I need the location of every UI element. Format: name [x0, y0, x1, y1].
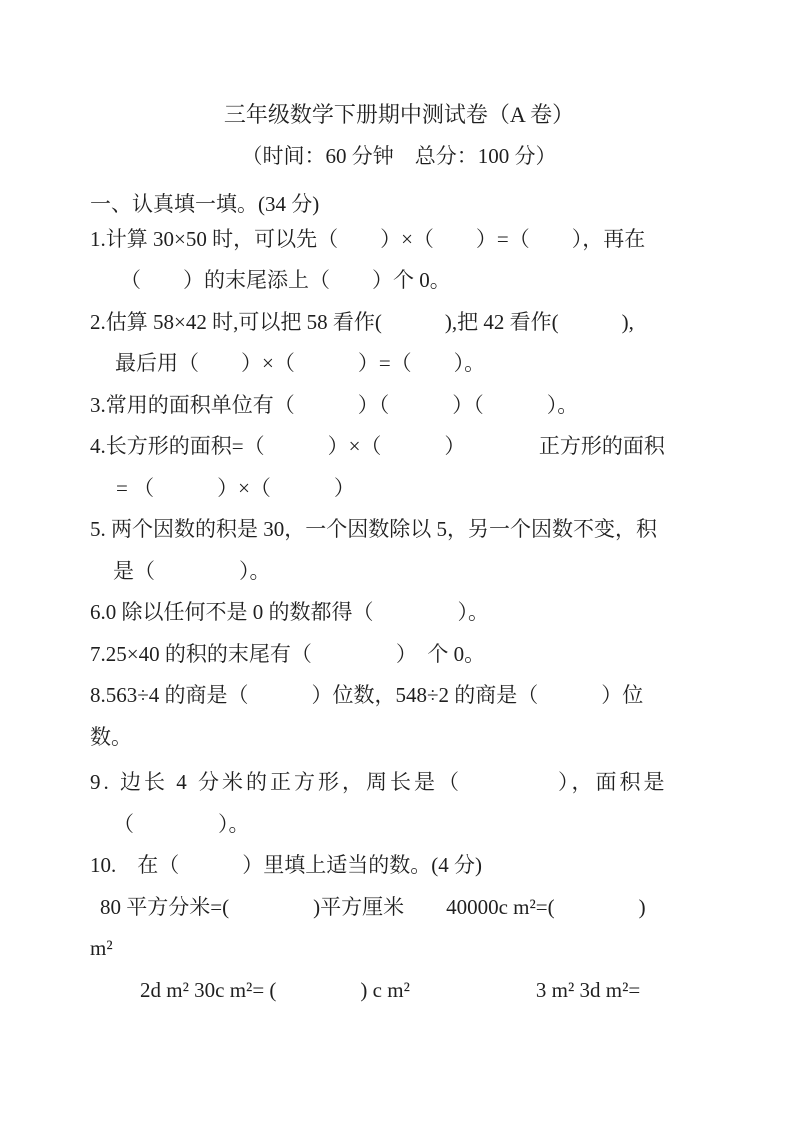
- q8-line-2: 数。: [90, 717, 708, 759]
- q10-sub-line-3: 2d m² 30c m²= ( ) c m² 3 m² 3d m²=: [90, 970, 708, 1012]
- q9-line-1: 9. 边长 4 分米的正方形，周长是（ ），面积是: [90, 762, 708, 804]
- q6-line: 6.0 除以任何不是 0 的数都得（ ）。: [90, 592, 708, 634]
- q4-line-1: 4.长方形的面积=（ ）×（ ） 正方形的面积: [90, 426, 708, 468]
- q5-line-1: 5. 两个因数的积是 30，一个因数除以 5，另一个因数不变，积: [90, 509, 708, 551]
- test-paper-page: 三年级数学下册期中测试卷（A 卷） （时间：60 分钟 总分：100 分） 一、…: [0, 0, 793, 1122]
- paper-time-score-line: （时间：60 分钟 总分：100 分）: [90, 136, 708, 178]
- q9-line-2: （ ）。: [90, 804, 708, 846]
- paper-title: 三年级数学下册期中测试卷（A 卷）: [90, 94, 708, 136]
- q10-sub-line-1: 80 平方分米=( )平方厘米 40000c m²=( ): [90, 887, 708, 929]
- q7-line: 7.25×40 的积的末尾有（ ） 个 0。: [90, 634, 708, 676]
- paper-content: 三年级数学下册期中测试卷（A 卷） （时间：60 分钟 总分：100 分） 一、…: [90, 94, 708, 1011]
- q1-line-2: （ ）的末尾添上（ ）个 0。: [90, 260, 708, 302]
- q1-line-1: 1.计算 30×50 时，可以先（ ）×（ ）=（ ），再在: [90, 219, 708, 261]
- q10-sub-line-2: m²: [90, 928, 708, 970]
- q3-line: 3.常用的面积单位有（ ）（ ）（ ）。: [90, 385, 708, 427]
- q4-line-2: = （ ）×（ ）: [90, 468, 708, 510]
- q2-line-2: 最后用（ ）×（ ）=（ ）。: [90, 343, 708, 385]
- q5-line-2: 是（ ）。: [90, 551, 708, 593]
- q2-line-1: 2.估算 58×42 时,可以把 58 看作( ),把 42 看作( ),: [90, 302, 708, 344]
- q10-line: 10. 在（ ）里填上适当的数。(4 分): [90, 845, 708, 887]
- q8-line-1: 8.563÷4 的商是（ ）位数，548÷2 的商是（ ）位: [90, 675, 708, 717]
